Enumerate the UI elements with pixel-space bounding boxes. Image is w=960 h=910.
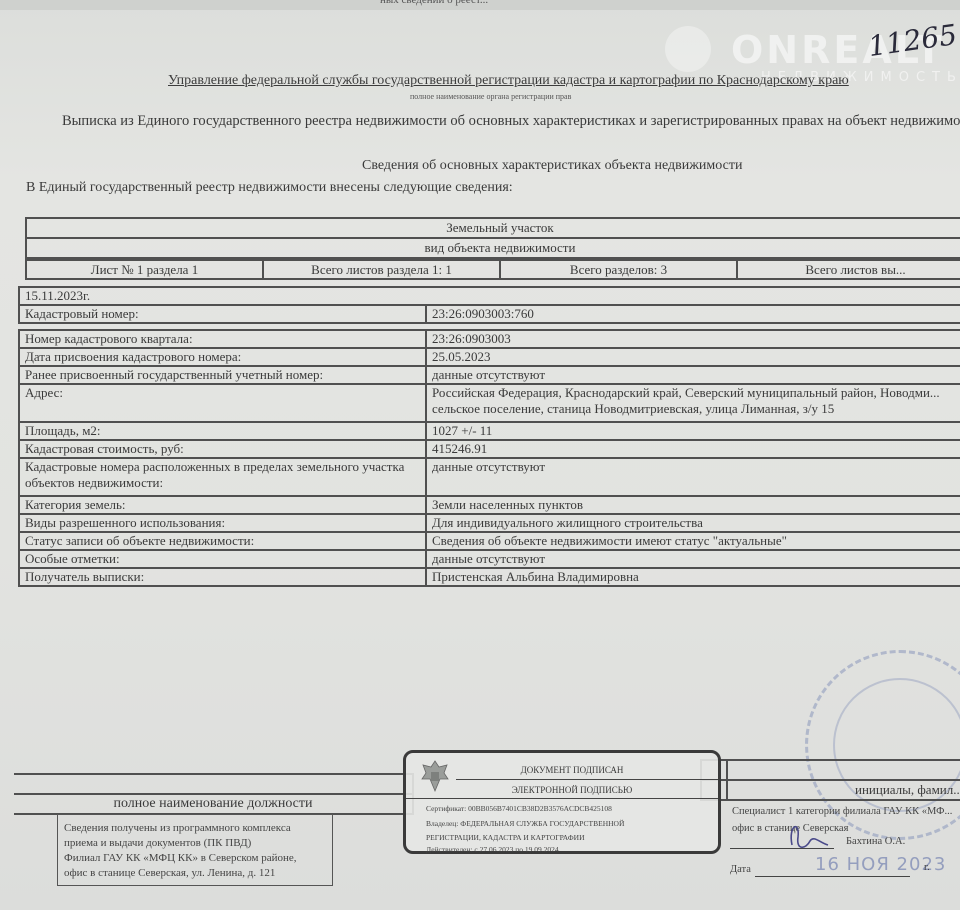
row-value: Российская Федерация, Краснодарский край… <box>426 384 960 422</box>
esig-certificate: Сертификат: 00BB056B7401CB38D2B3576ACDCB… <box>426 804 612 813</box>
position-blank <box>14 774 413 794</box>
row-label: Кадастровая стоимость, руб: <box>19 440 426 458</box>
date-suffix: г. <box>924 862 930 873</box>
object-type: Земельный участок <box>26 218 960 238</box>
object-type-table: Земельный участок вид объекта недвижимос… <box>25 217 960 259</box>
row-label: Кадастровые номера расположенных в преде… <box>19 458 426 496</box>
table-row: Номер кадастрового квартала:23:26:090300… <box>19 330 960 348</box>
esig-owner-2: РЕГИСТРАЦИИ, КАДАСТРА И КАРТОГРАФИИ <box>426 833 585 842</box>
signer-name: Бахтина О.А. <box>846 836 905 847</box>
document-title: Выписка из Единого государственного реес… <box>62 113 960 130</box>
row-value: данные отсутствуют <box>426 550 960 568</box>
esig-title: ДОКУМЕНТ ПОДПИСАН <box>406 765 718 775</box>
initials-caption: инициалы, фамил... <box>727 780 960 800</box>
handwritten-signature-icon <box>770 815 830 855</box>
table-row: Категория земель:Земли населенных пункто… <box>19 496 960 514</box>
electronic-signature-box: ДОКУМЕНТ ПОДПИСАН ЭЛЕКТРОННОЙ ПОДПИСЬЮ С… <box>403 750 721 854</box>
signature-line <box>730 848 834 849</box>
row-value: Для индивидуального жилищного строительс… <box>426 514 960 532</box>
row-value: 1027 +/- 11 <box>426 422 960 440</box>
row-value: Земли населенных пунктов <box>426 496 960 514</box>
object-type-caption: вид объекта недвижимости <box>26 238 960 258</box>
house-logo-icon <box>665 26 711 72</box>
row-value: 23:26:0903003 <box>426 330 960 348</box>
row-label: Особые отметки: <box>19 550 426 568</box>
address-line-1: Российская Федерация, Краснодарский край… <box>432 385 960 401</box>
table-row: Адрес: Российская Федерация, Краснодарск… <box>19 384 960 422</box>
table-row: Статус записи об объекте недвижимости:Св… <box>19 532 960 550</box>
row-label: Площадь, м2: <box>19 422 426 440</box>
esig-subtitle: ЭЛЕКТРОННОЙ ПОДПИСЬЮ <box>406 785 718 795</box>
row-value: Сведения об объекте недвижимости имеют с… <box>426 532 960 550</box>
initials-table: инициалы, фамил... <box>700 759 960 801</box>
sheet-number: Лист № 1 раздела 1 <box>26 260 263 279</box>
position-caption: полное наименование должности <box>14 794 413 814</box>
info-line: приема и выдачи документов (ПК ПВД) <box>64 836 326 851</box>
esig-validity: Действителен: с 27.06.2023 по 19.09.2024 <box>426 845 559 854</box>
initials-blank <box>727 760 960 780</box>
organization-caption: полное наименование органа регистрации п… <box>410 92 571 101</box>
sections-count: Всего разделов: 3 <box>500 260 737 279</box>
cadastral-number-value: 23:26:0903003:760 <box>426 305 960 323</box>
date-cadastral-table: 15.11.2023г. Кадастровый номер: 23:26:09… <box>18 286 960 324</box>
intro-text: В Единый государственный реестр недвижим… <box>26 180 513 196</box>
row-value: 415246.91 <box>426 440 960 458</box>
info-line: Филиал ГАУ КК «МФЦ КК» в Северском район… <box>64 851 326 866</box>
table-row: Виды разрешенного использования:Для инди… <box>19 514 960 532</box>
table-row: Особые отметки:данные отсутствуют <box>19 550 960 568</box>
issue-date: 15.11.2023г. <box>19 287 960 305</box>
table-row: Кадастровая стоимость, руб:415246.91 <box>19 440 960 458</box>
sheets-in-section: Всего листов раздела 1: 1 <box>263 260 500 279</box>
specialist-title: Специалист 1 категории филиала ГАУ КК «М… <box>732 806 952 817</box>
date-label: Дата <box>730 864 751 875</box>
table-row: Дата присвоения кадастрового номера:25.0… <box>19 348 960 366</box>
table-row: Кадастровые номера расположенных в преде… <box>19 458 960 496</box>
row-label: Дата присвоения кадастрового номера: <box>19 348 426 366</box>
info-box: Сведения получены из программного компле… <box>57 814 333 886</box>
section-title: Сведения об основных характеристиках объ… <box>362 158 742 174</box>
total-sheets: Всего листов вы... <box>737 260 960 279</box>
sheets-table: Лист № 1 раздела 1 Всего листов раздела … <box>25 259 960 280</box>
row-value: данные отсутствуют <box>426 366 960 384</box>
date-line <box>755 876 910 877</box>
esig-owner: Владелец: ФЕДЕРАЛЬНАЯ СЛУЖБА ГОСУДАРСТВЕ… <box>426 819 624 828</box>
handwritten-number: 11265 <box>866 18 959 63</box>
row-label: Номер кадастрового квартала: <box>19 330 426 348</box>
cadastral-number-label: Кадастровый номер: <box>19 305 426 323</box>
row-label: Получатель выписки: <box>19 568 426 586</box>
organization-name: Управление федеральной службы государств… <box>168 73 849 89</box>
row-label: Статус записи об объекте недвижимости: <box>19 532 426 550</box>
row-label: Виды разрешенного использования: <box>19 514 426 532</box>
row-value: Пристенская Альбина Владимировна <box>426 568 960 586</box>
row-label: Категория земель: <box>19 496 426 514</box>
row-value: данные отсутствуют <box>426 458 960 496</box>
table-row: Площадь, м2:1027 +/- 11 <box>19 422 960 440</box>
characteristics-table: Номер кадастрового квартала:23:26:090300… <box>18 329 960 587</box>
info-line: офис в станице Северская, ул. Ленина, д.… <box>64 866 326 881</box>
position-table: полное наименование должности <box>14 773 414 815</box>
row-label: Адрес: <box>19 384 426 422</box>
row-label: Ранее присвоенный государственный учетны… <box>19 366 426 384</box>
previous-page-text: ных сведений о реест... <box>380 0 488 6</box>
table-row: Получатель выписки:Пристенская Альбина В… <box>19 568 960 586</box>
row-value: 25.05.2023 <box>426 348 960 366</box>
address-line-2: сельское поселение, станица Новодмитриев… <box>432 401 960 417</box>
table-row: Ранее присвоенный государственный учетны… <box>19 366 960 384</box>
info-line: Сведения получены из программного компле… <box>64 821 326 836</box>
